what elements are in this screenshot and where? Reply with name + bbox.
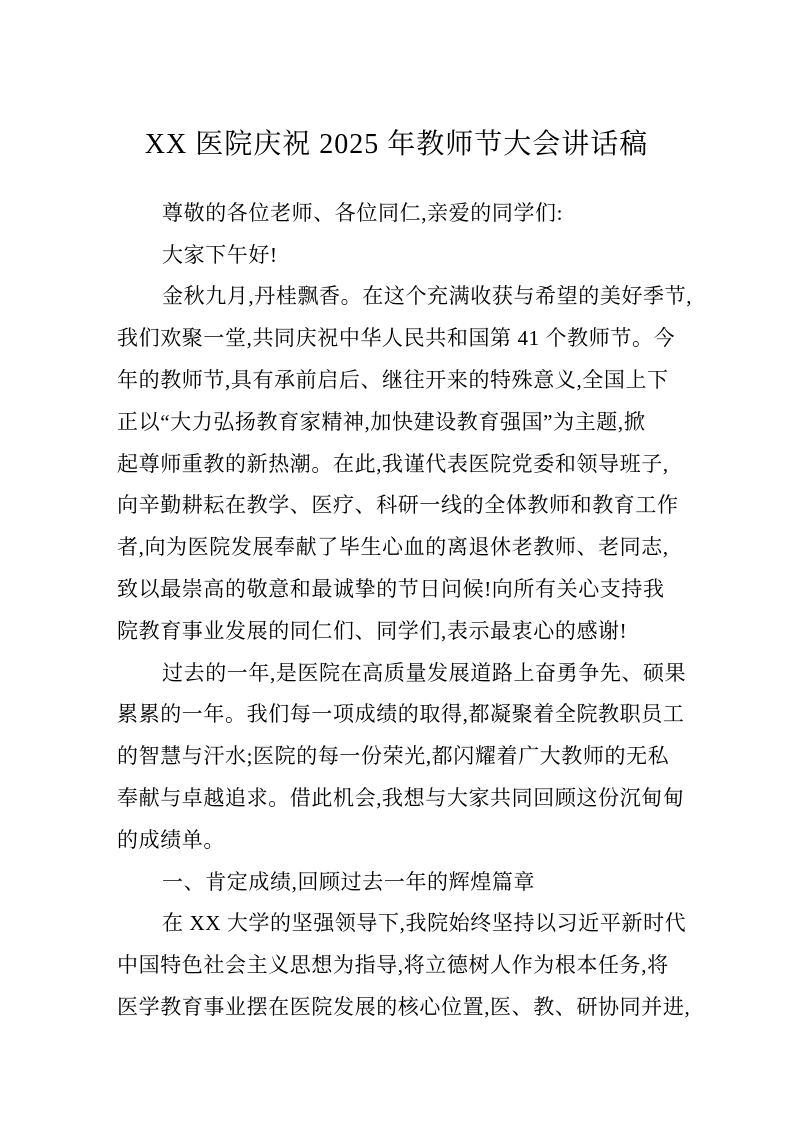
paragraph-greeting: 大家下午好! [117,233,707,275]
text-line: 过去的一年,是医院在高质量发展道路上奋勇争先、硕果 [117,651,707,693]
text-line: 的成绩单。 [117,818,707,860]
text-line: 正以“大力弘扬教育家精神,加快建设教育强国”为主题,掀 [117,400,707,442]
text-line: 致以最崇高的敬意和最诚挚的节日问候!向所有关心支持我 [117,567,707,609]
text-line: 大家下午好! [117,233,707,275]
paragraph-review: 过去的一年,是医院在高质量发展道路上奋勇争先、硕果 累累的一年。我们每一项成绩的… [117,651,707,860]
paragraph-section-heading: 一、肯定成绩,回顾过去一年的辉煌篇章 [117,860,707,902]
text-line: 医学教育事业摆在医院发展的核心位置,医、教、研协同并进, [117,985,707,1027]
text-line: 的智慧与汗水;医院的每一份荣光,都闪耀着广大教师的无私 [117,734,707,776]
text-line: 院教育事业发展的同仁们、同学们,表示最衷心的感谢! [117,609,707,651]
document-page: XX 医院庆祝 2025 年教师节大会讲话稿 尊敬的各位老师、各位同仁,亲爱的同… [0,0,793,1122]
text-line: 中国特色社会主义思想为指导,将立德树人作为根本任务,将 [117,943,707,985]
text-line: 奉献与卓越追求。借此机会,我想与大家共同回顾这份沉甸甸 [117,776,707,818]
paragraph-achievements: 在 XX 大学的坚强领导下,我院始终坚持以习近平新时代 中国特色社会主义思想为指… [117,902,707,1027]
section-heading: 一、肯定成绩,回顾过去一年的辉煌篇章 [117,860,707,902]
text-line: 向辛勤耕耘在教学、医疗、科研一线的全体教师和教育工作 [117,484,707,526]
text-line: 起尊师重教的新热潮。在此,我谨代表医院党委和领导班子, [117,442,707,484]
text-line: 者,向为医院发展奉献了毕生心血的离退休老教师、老同志, [117,525,707,567]
text-line: 我们欢聚一堂,共同庆祝中华人民共和国第 41 个教师节。今 [117,316,707,358]
text-line: 在 XX 大学的坚强领导下,我院始终坚持以习近平新时代 [117,902,707,944]
document-body: 尊敬的各位老师、各位同仁,亲爱的同学们: 大家下午好! 金秋九月,丹桂飘香。在这… [117,191,707,1027]
paragraph-opening: 金秋九月,丹桂飘香。在这个充满收获与希望的美好季节, 我们欢聚一堂,共同庆祝中华… [117,275,707,651]
text-line: 累累的一年。我们每一项成绩的取得,都凝聚着全院教职员工 [117,693,707,735]
text-line: 年的教师节,具有承前启后、继往开来的特殊意义,全国上下 [117,358,707,400]
paragraph-salutation: 尊敬的各位老师、各位同仁,亲爱的同学们: [117,191,707,233]
text-line: 尊敬的各位老师、各位同仁,亲爱的同学们: [117,191,707,233]
document-title: XX 医院庆祝 2025 年教师节大会讲话稿 [100,122,693,162]
text-line: 金秋九月,丹桂飘香。在这个充满收获与希望的美好季节, [117,275,707,317]
